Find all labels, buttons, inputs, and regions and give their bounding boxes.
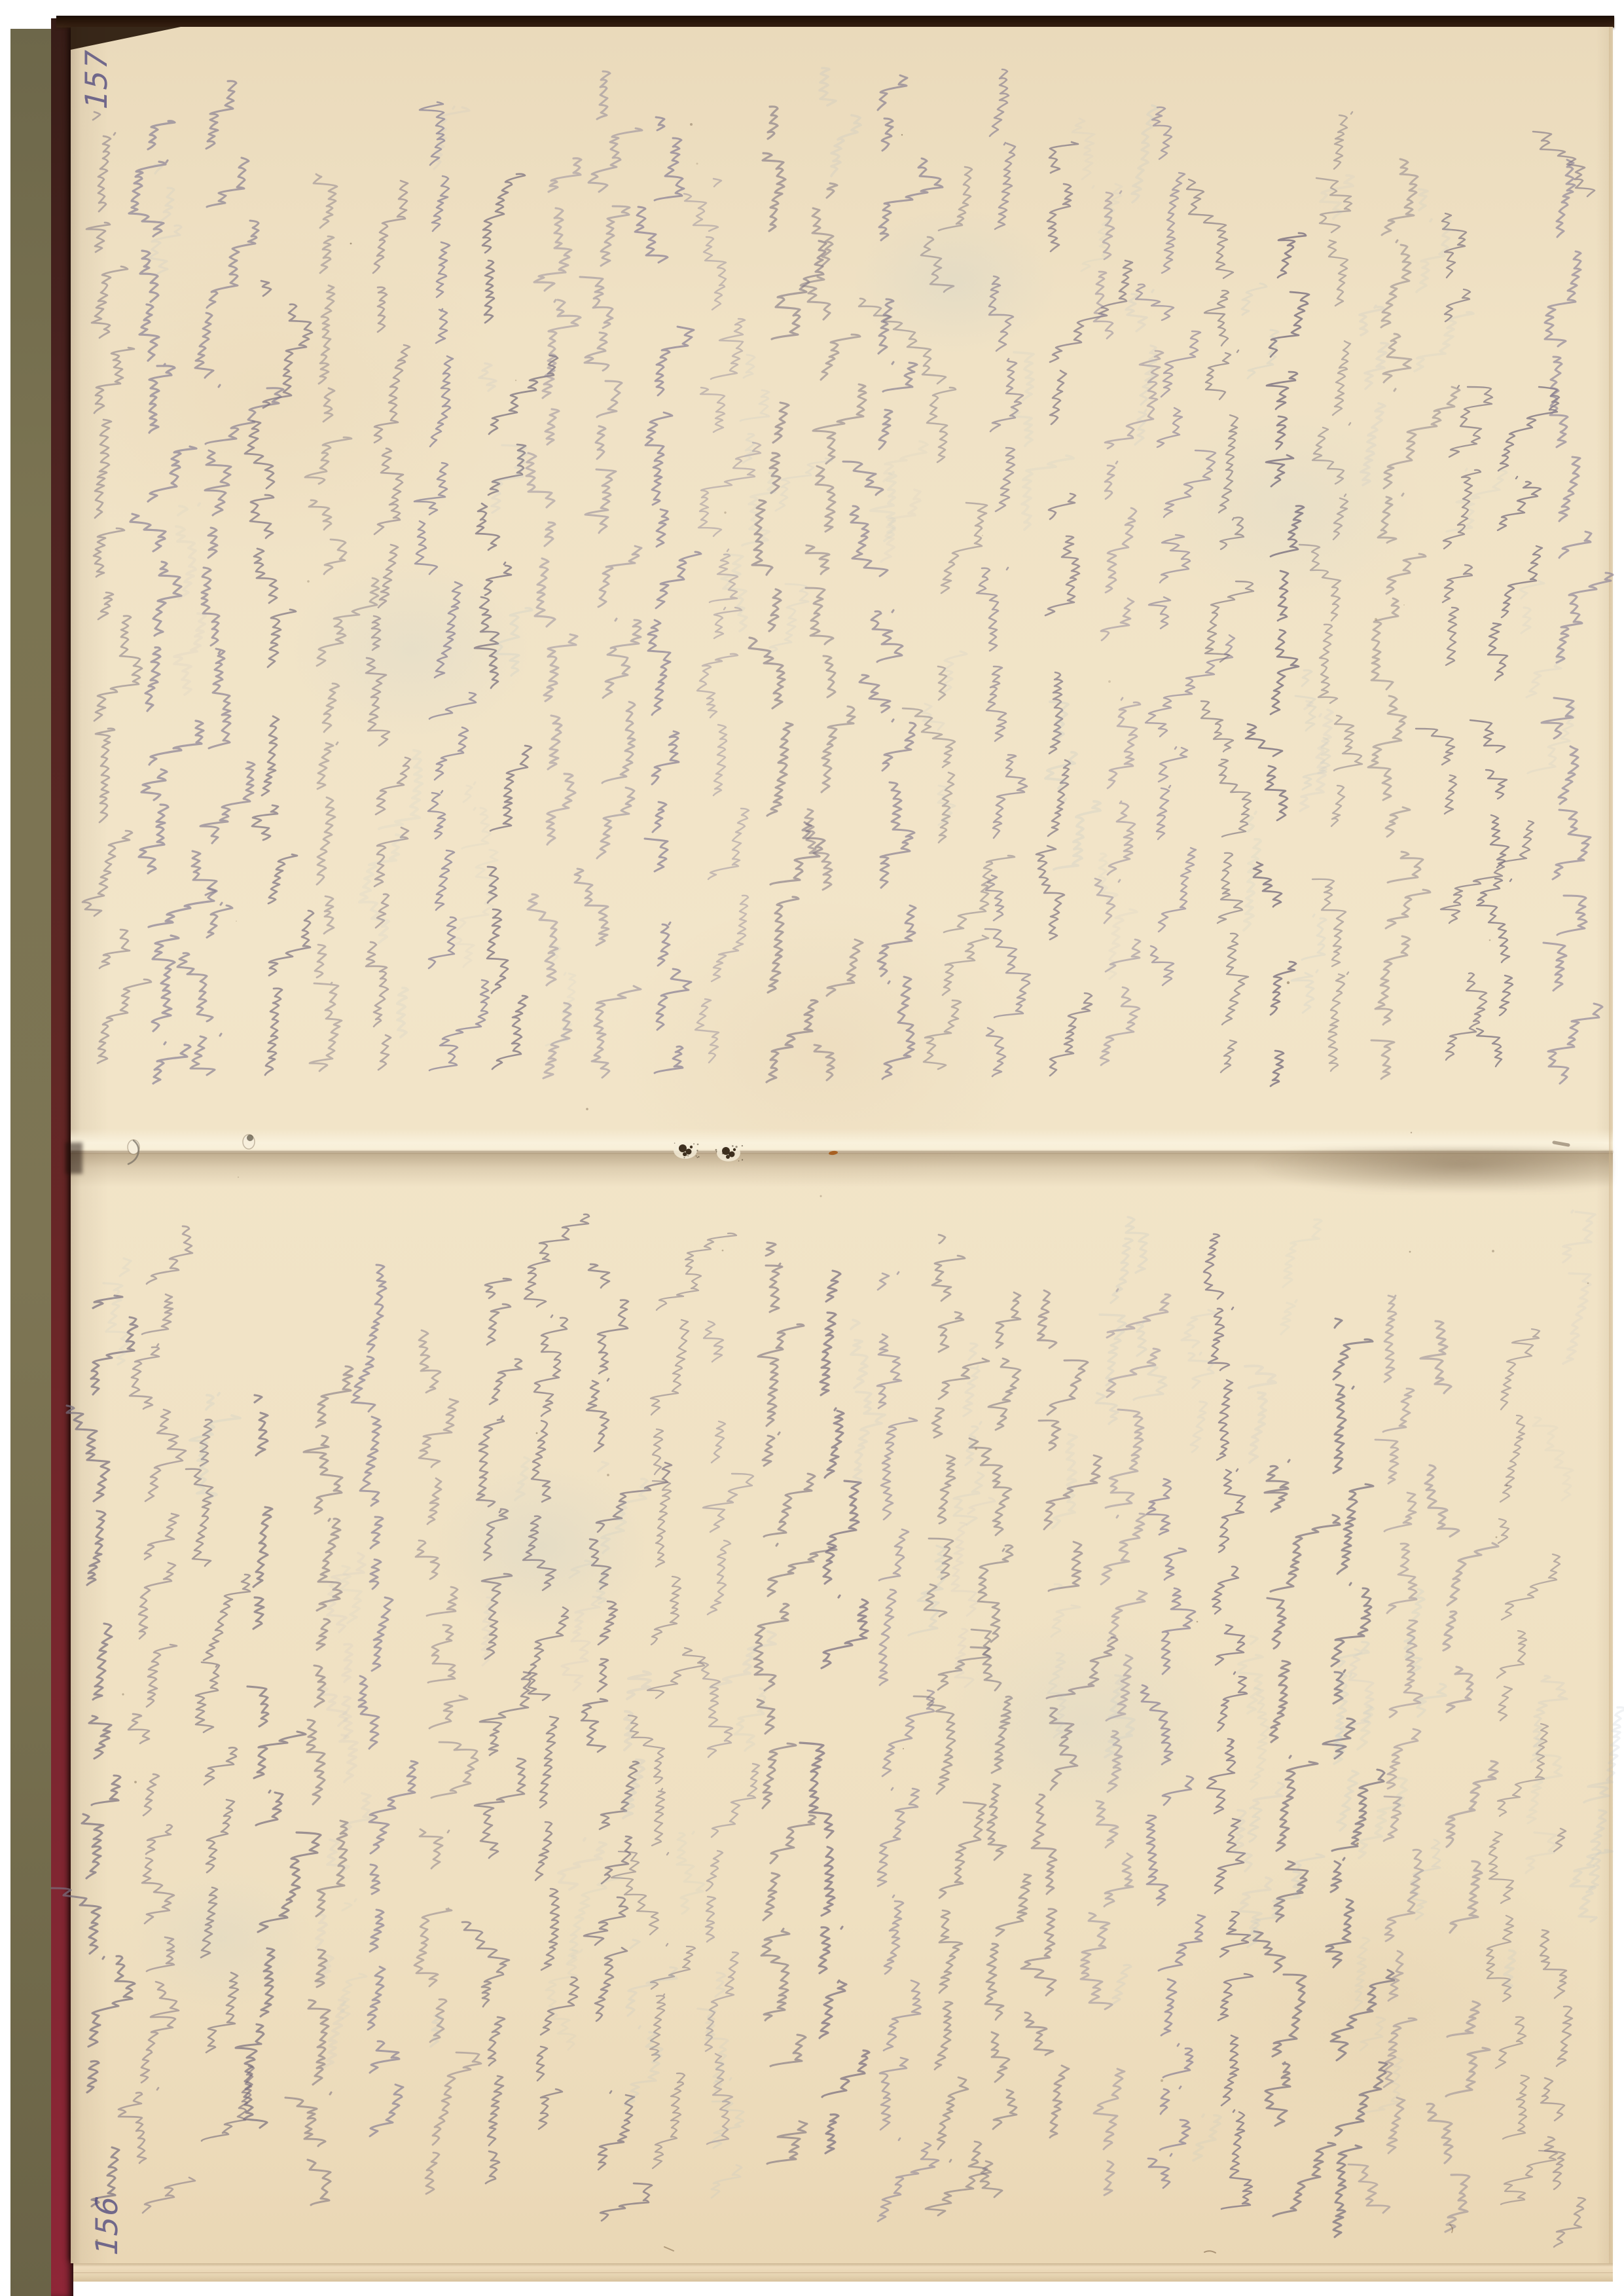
handwriting-layer xyxy=(0,0,1624,2296)
page-number-156-text: 156 xyxy=(89,2178,124,2259)
page-number-156: 156 xyxy=(89,2178,119,2253)
scanned-diary-spread: 157 156 xyxy=(0,0,1624,2296)
page-number-157-text: 157 xyxy=(79,31,114,113)
page-number-157: 157 xyxy=(79,31,109,107)
